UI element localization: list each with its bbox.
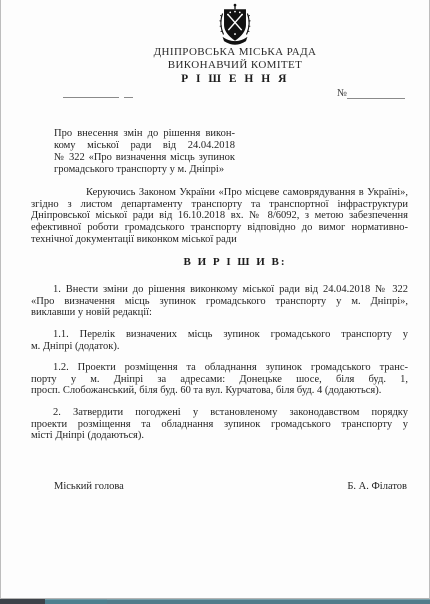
text-line: технічної документації виконком міської … [31,234,408,246]
document-subject: Про внесення змін до рішення викон-кому … [54,128,235,176]
text-line: м. Дніпрі (додаток). [31,341,408,353]
organization-name: ДНІПРОВСЬКА МІСЬКА РАДА [41,46,429,59]
text-line: 1.2. Проекти розміщення та обладнання зу… [31,362,408,374]
number-sign: № [337,88,347,99]
signer-position: Міський голова [54,481,124,493]
number-group: № [337,88,405,99]
text-line: № 322 «Про визначення місць зупинок [54,152,235,164]
text-line: порту у м. Дніпрі за адресами: Донецьке … [31,374,408,386]
document-header: ДНІПРОВСЬКА МІСЬКА РАДА ВИКОНАВЧИЙ КОМІТ… [41,3,429,86]
date-blank-short-line [124,97,133,98]
preamble-paragraph: Керуючись Законом України «Про місцеве с… [31,187,408,246]
text-line: 1. Внести зміни до рішення виконкому міс… [31,284,408,296]
text-line: виклавши у новій редакції: [31,307,408,319]
date-blank-line [63,97,119,98]
dnipro-coat-of-arms-icon [217,3,253,45]
document-type-title: Р І Ш Е Н Н Я [41,73,429,86]
signer-name: Б. А. Філатов [347,481,407,493]
text-line: «Про визначення місць зупинок громадсько… [31,296,408,308]
organization-department: ВИКОНАВЧИЙ КОМІТЕТ [41,59,429,72]
text-line: просп. Слобожанський, біля буд. 60 та ву… [31,385,408,397]
bottom-bar-dark-segment [0,599,45,604]
text-line: згідно з листом департаменту транспорту … [31,199,408,211]
text-line: Керуючись Законом України «Про місцеве с… [31,187,408,199]
text-line: 1.1. Перелік визначених місць зупинок гр… [31,329,408,341]
resolution-item-1: 1. Внести зміни до рішення виконкому міс… [31,284,408,319]
text-line: громадського транспорту у м. Дніпрі» [54,164,235,176]
text-line: ефективної роботи громадського транспорт… [31,222,408,234]
document-page: ДНІПРОВСЬКА МІСЬКА РАДА ВИКОНАВЧИЙ КОМІТ… [0,0,430,599]
resolution-heading: В И Р І Ш И В: [41,256,429,268]
text-line: Дніпровської міської ради від 16.10.2018… [31,210,408,222]
text-line: проекти розміщення та обладнання зупинок… [31,419,408,431]
resolution-item-1-2: 1.2. Проекти розміщення та обладнання зу… [31,362,408,397]
text-line: місті Дніпрі (додаються). [31,430,408,442]
bottom-bar-mid-segment [45,599,107,604]
text-line: кому міської ради від 24.04.2018 [54,140,235,152]
signature-row: Міський голова Б. А. Філатов [54,481,407,493]
bottom-edge-bar [0,599,430,604]
resolution-item-1-1: 1.1. Перелік визначених місць зупинок гр… [31,329,408,352]
resolution-item-2: 2. Затвердити погоджені у встановленому … [31,407,408,442]
document-viewer: ДНІПРОВСЬКА МІСЬКА РАДА ВИКОНАВЧИЙ КОМІТ… [0,0,430,604]
date-number-row: № [31,88,405,99]
bottom-bar-main-segment [107,599,430,604]
text-line: Про внесення змін до рішення викон- [54,128,235,140]
number-blank-line [347,88,405,99]
text-line: 2. Затвердити погоджені у встановленому … [31,407,408,419]
